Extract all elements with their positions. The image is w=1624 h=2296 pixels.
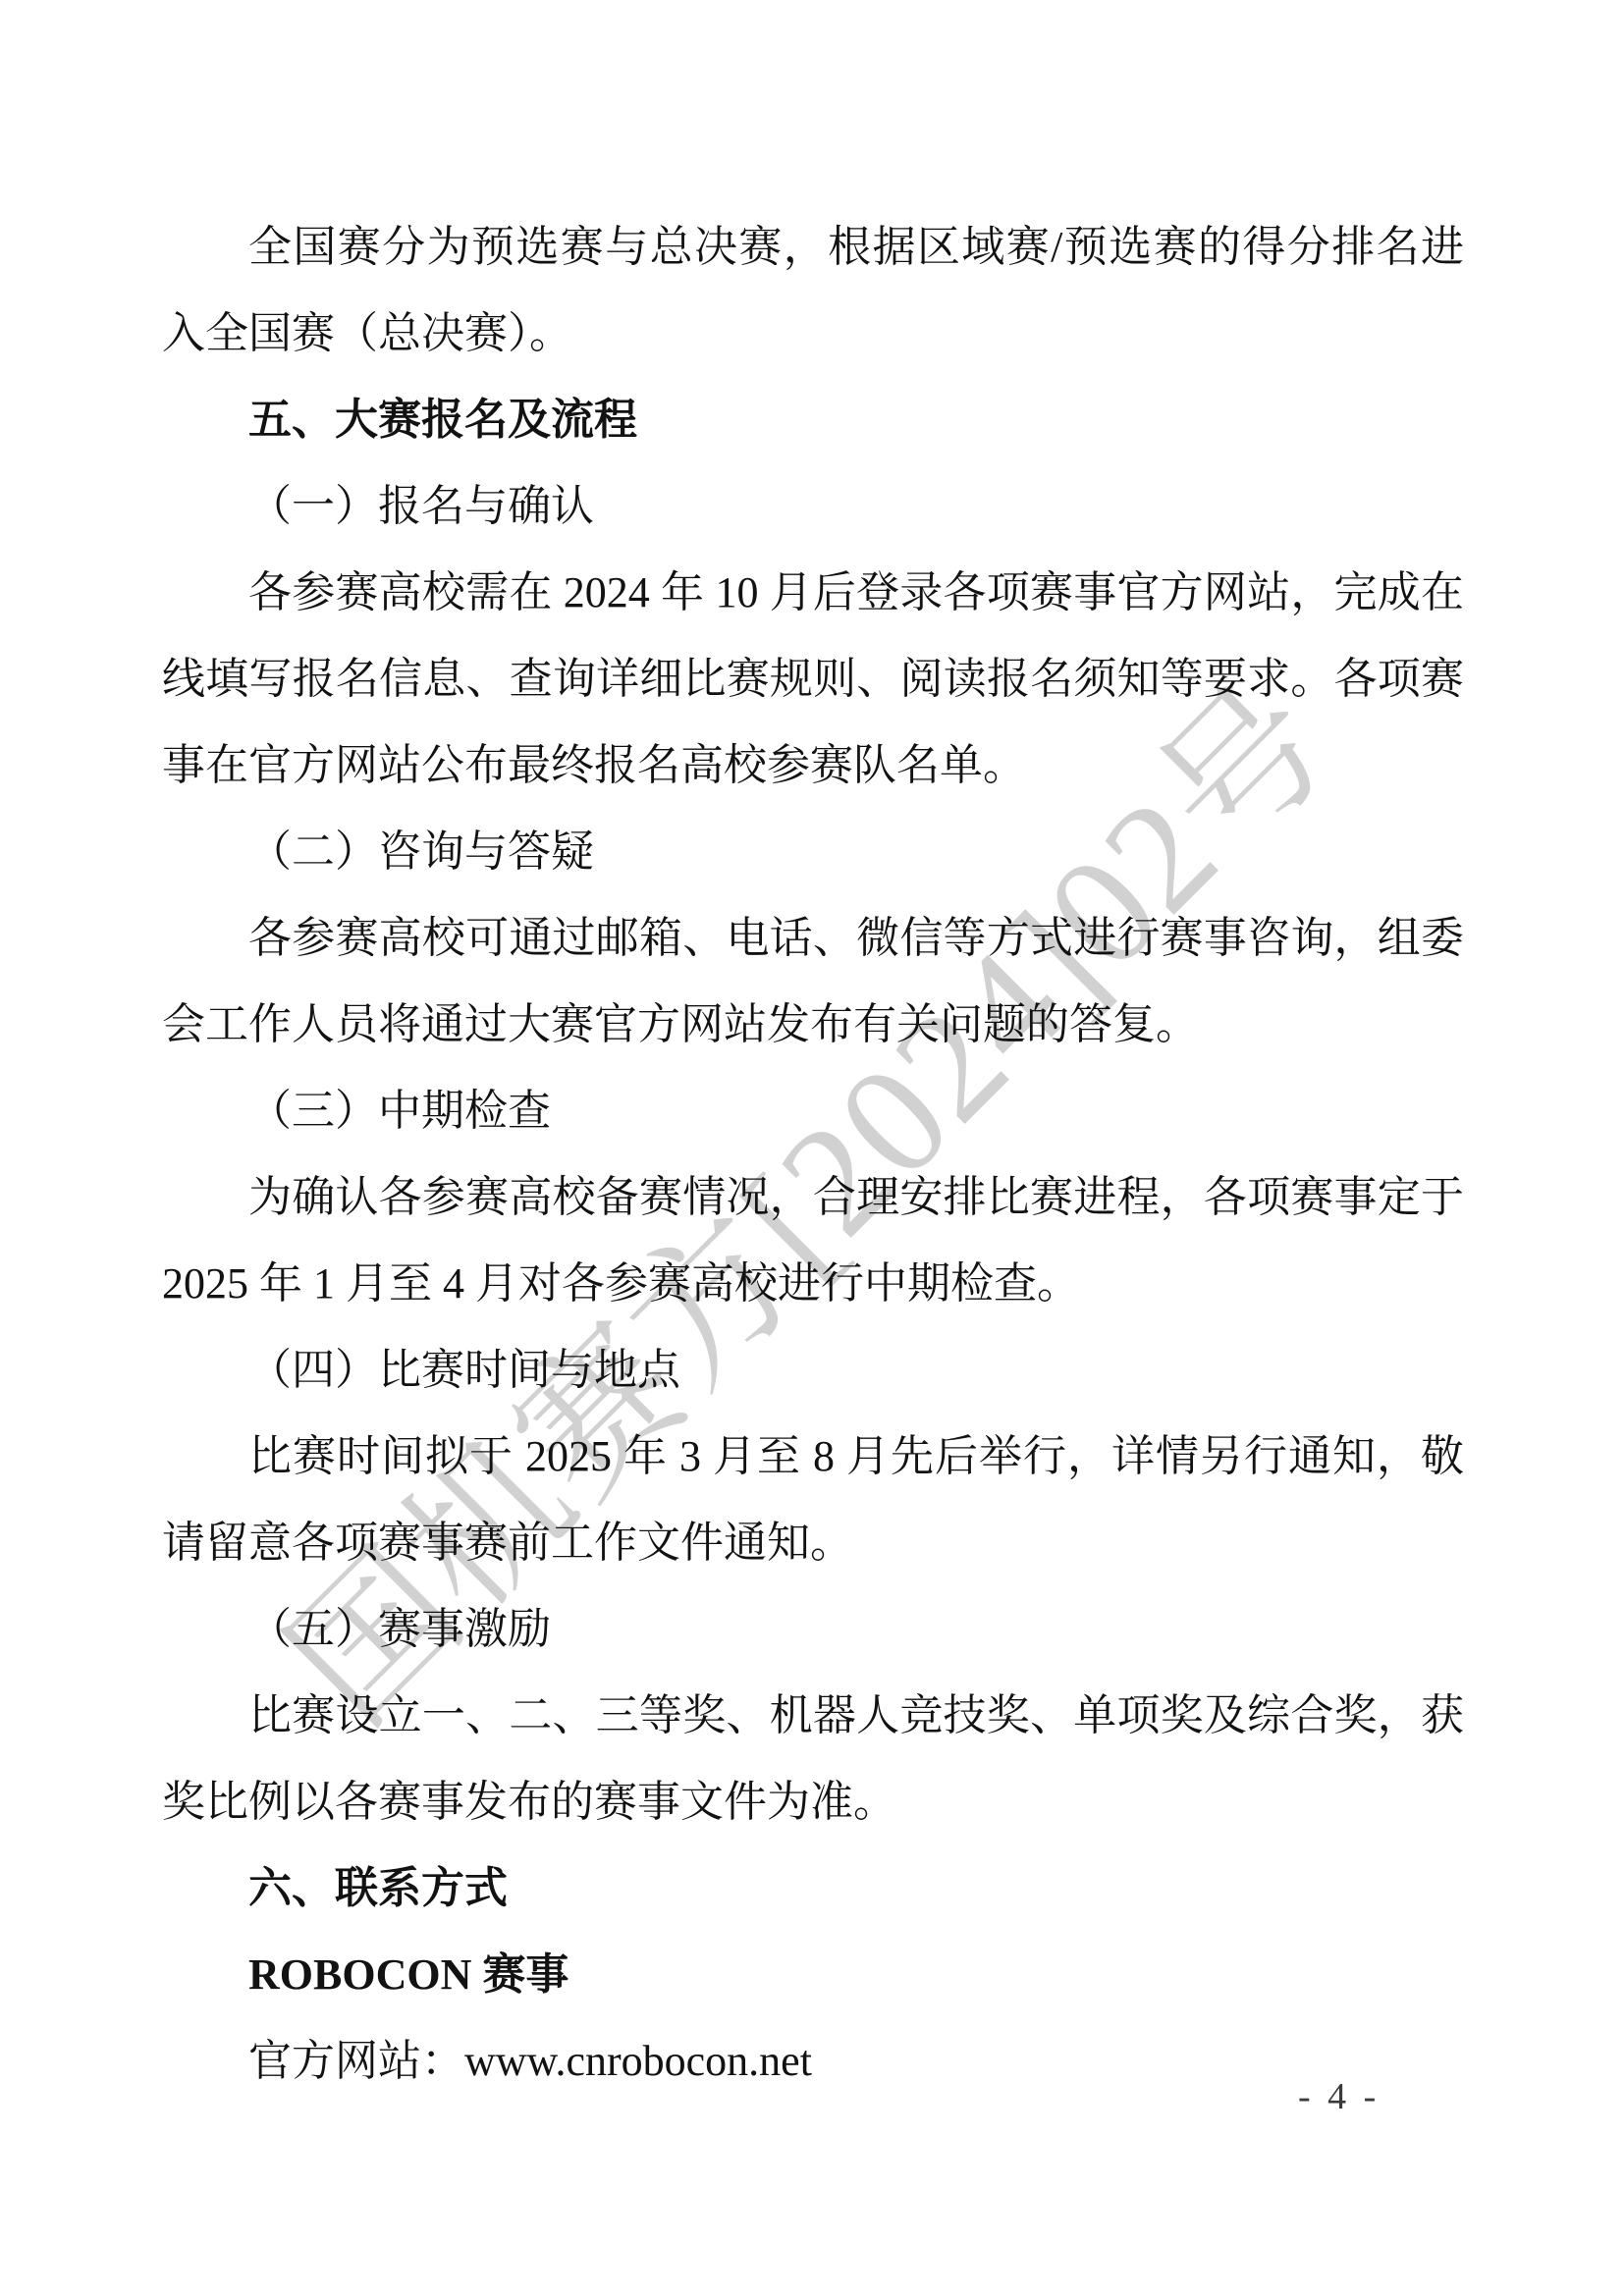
- paragraph: 官方网站：www.cnrobocon.net: [162, 2018, 1464, 2105]
- page-number: - 4 -: [1298, 2073, 1380, 2120]
- section-heading: 五、大赛报名及流程: [162, 377, 1464, 463]
- section-heading: ROBOCON 赛事: [162, 1932, 1464, 2018]
- paragraph: 全国赛分为预选赛与总决赛，根据区域赛/预选赛的得分排名进入全国赛（总决赛）。: [162, 204, 1464, 377]
- paragraph: 为确认各参赛高校备赛情况，合理安排比赛进程，各项赛事定于 2025 年 1 月至…: [162, 1154, 1464, 1327]
- sub-heading: （四）比赛时间与地点: [162, 1327, 1464, 1414]
- paragraph: 比赛设立一、二、三等奖、机器人竞技奖、单项奖及综合奖，获奖比例以各赛事发布的赛事…: [162, 1673, 1464, 1845]
- document-page: 国机赛方[2024]02号 全国赛分为预选赛与总决赛，根据区域赛/预选赛的得分排…: [0, 0, 1624, 2296]
- paragraph: 比赛时间拟于 2025 年 3 月至 8 月先后举行，详情另行通知，敬请留意各项…: [162, 1414, 1464, 1586]
- paragraph: 各参赛高校需在 2024 年 10 月后登录各项赛事官方网站，完成在线填写报名信…: [162, 550, 1464, 809]
- section-heading: 六、联系方式: [162, 1845, 1464, 1932]
- paragraph: 各参赛高校可通过邮箱、电话、微信等方式进行赛事咨询，组委会工作人员将通过大赛官方…: [162, 895, 1464, 1068]
- sub-heading: （一）报名与确认: [162, 463, 1464, 550]
- sub-heading: （二）咨询与答疑: [162, 809, 1464, 895]
- document-body: 全国赛分为预选赛与总决赛，根据区域赛/预选赛的得分排名进入全国赛（总决赛）。五、…: [162, 204, 1464, 2105]
- sub-heading: （五）赛事激励: [162, 1586, 1464, 1673]
- sub-heading: （三）中期检查: [162, 1068, 1464, 1154]
